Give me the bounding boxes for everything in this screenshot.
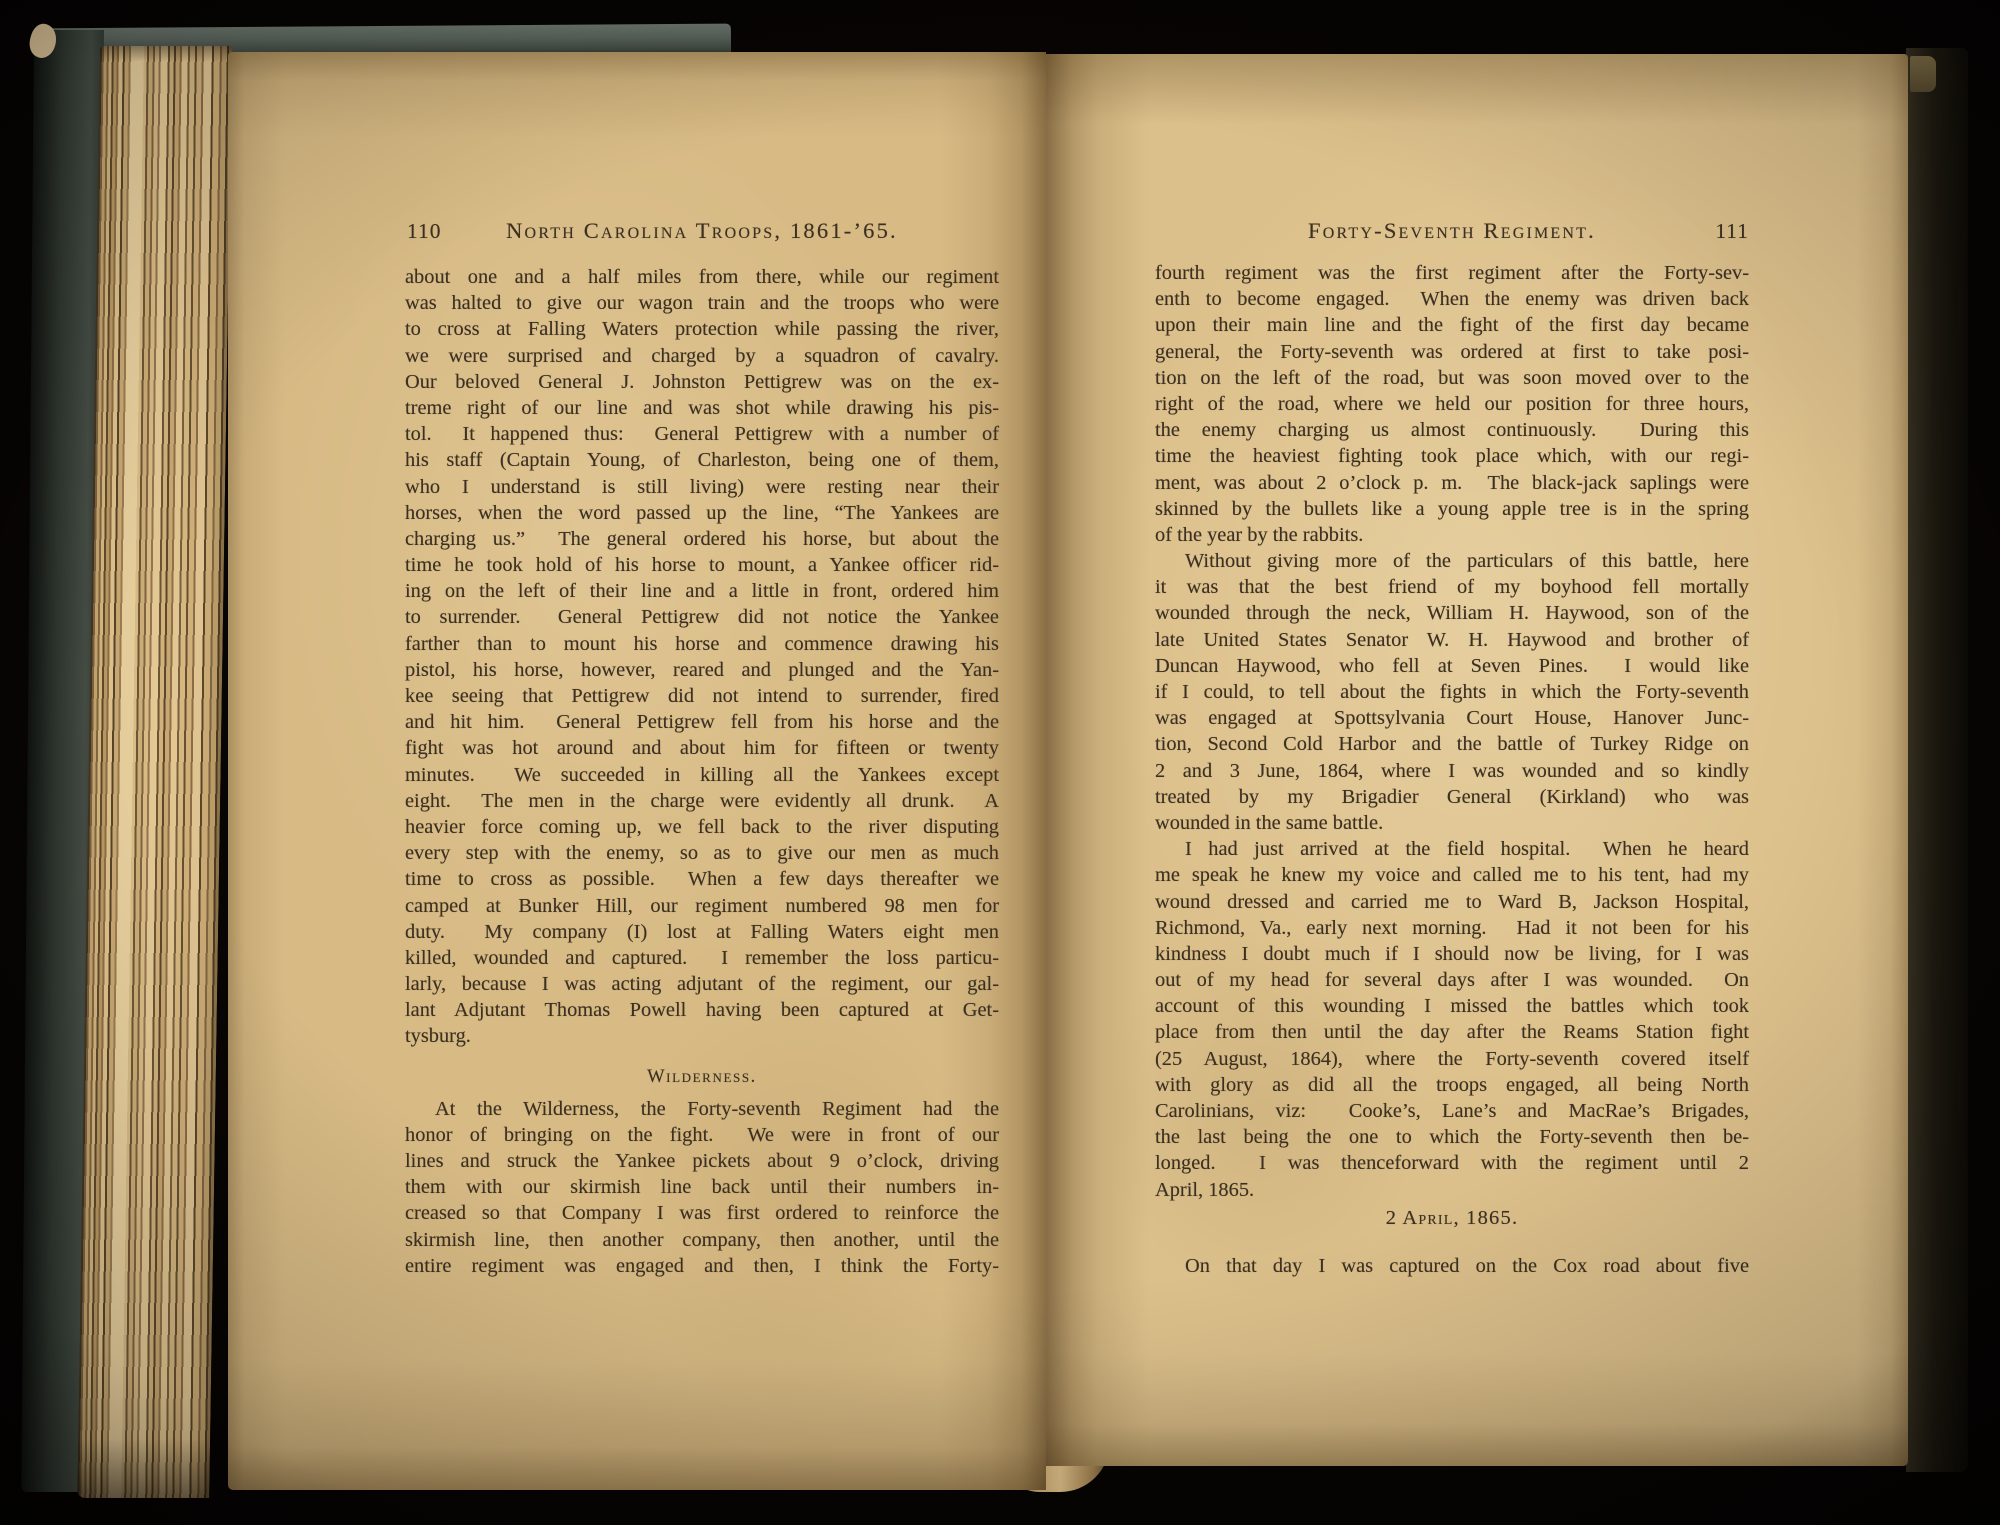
text-line: to cross at Falling Waters protection wh… bbox=[405, 316, 999, 342]
text-line: ing on the left of their line and a litt… bbox=[405, 578, 999, 604]
running-title-left: North Carolina Troops, 1861-’65. bbox=[405, 216, 999, 246]
right-page-text-column: Forty-Seventh Regiment. 111 fourth regim… bbox=[1155, 216, 1749, 1279]
text-line: I had just arrived at the field hospital… bbox=[1155, 836, 1749, 862]
text-line: heavier force coming up, we fell back to… bbox=[405, 814, 999, 840]
text-line: duty. My company (I) lost at Falling Wat… bbox=[405, 919, 999, 945]
text-line: late United States Senator W. H. Haywood… bbox=[1155, 627, 1749, 653]
text-line: the last being the one to which the Fort… bbox=[1155, 1124, 1749, 1150]
text-line: time to cross as possible. When a few da… bbox=[405, 866, 999, 892]
text-line: Carolinians, viz: Cooke’s, Lane’s and Ma… bbox=[1155, 1098, 1749, 1124]
text-line: general, the Forty-seventh was ordered a… bbox=[1155, 339, 1749, 365]
text-line: out of my head for several days after I … bbox=[1155, 967, 1749, 993]
text-line: right of the road, where we held our pos… bbox=[1155, 391, 1749, 417]
text-line: eight. The men in the charge were eviden… bbox=[405, 788, 999, 814]
text-line: Richmond, Va., early next morning. Had i… bbox=[1155, 915, 1749, 941]
text-line: larly, because I was acting adjutant of … bbox=[405, 971, 999, 997]
right-page: Forty-Seventh Regiment. 111 fourth regim… bbox=[1046, 54, 1908, 1466]
text-line: kee seeing that Pettigrew did not intend… bbox=[405, 683, 999, 709]
text-line: time he took hold of his horse to mount,… bbox=[405, 552, 999, 578]
paragraph: At the Wilderness, the Forty-seventh Reg… bbox=[405, 1096, 999, 1279]
text-line: longed. I was thenceforward with the reg… bbox=[1155, 1150, 1749, 1176]
running-title-right: Forty-Seventh Regiment. bbox=[1155, 216, 1749, 246]
text-line: me speak he knew my voice and called me … bbox=[1155, 862, 1749, 888]
left-page: 110 North Carolina Troops, 1861-’65. abo… bbox=[228, 52, 1046, 1490]
page-number-left: 110 bbox=[407, 216, 441, 246]
text-line: wounded through the neck, William H. Hay… bbox=[1155, 600, 1749, 626]
text-line: and hit him. General Pettigrew fell from… bbox=[405, 709, 999, 735]
text-line: pistol, his horse, however, reared and p… bbox=[405, 657, 999, 683]
text-line: if I could, to tell about the fights in … bbox=[1155, 679, 1749, 705]
text-line: upon their main line and the fight of th… bbox=[1155, 312, 1749, 338]
text-line: skirmish line, then another company, the… bbox=[405, 1227, 999, 1253]
text-line: Our beloved General J. Johnston Pettigre… bbox=[405, 369, 999, 395]
text-line: was halted to give our wagon train and t… bbox=[405, 290, 999, 316]
text-line: with glory as did all the troops engaged… bbox=[1155, 1072, 1749, 1098]
text-line: place from then until the day after the … bbox=[1155, 1019, 1749, 1045]
text-line: killed, wounded and captured. I remember… bbox=[405, 945, 999, 971]
paragraph: about one and a half miles from there, w… bbox=[405, 264, 999, 1050]
text-line: tol. It happened thus: General Pettigrew… bbox=[405, 421, 999, 447]
text-line: the enemy charging us almost continuousl… bbox=[1155, 417, 1749, 443]
text-line: farther than to mount his horse and comm… bbox=[405, 631, 999, 657]
text-line: camped at Bunker Hill, our regiment numb… bbox=[405, 893, 999, 919]
running-head-left: 110 North Carolina Troops, 1861-’65. bbox=[405, 216, 999, 246]
text-line: minutes. We succeeded in killing all the… bbox=[405, 762, 999, 788]
paragraph: On that day I was captured on the Cox ro… bbox=[1155, 1253, 1749, 1279]
text-line: lant Adjutant Thomas Powell having been … bbox=[405, 997, 999, 1023]
text-line: horses, when the word passed up the line… bbox=[405, 500, 999, 526]
text-line: tion, Second Cold Harbor and the battle … bbox=[1155, 731, 1749, 757]
text-line: Duncan Haywood, who fell at Seven Pines.… bbox=[1155, 653, 1749, 679]
text-line: about one and a half miles from there, w… bbox=[405, 264, 999, 290]
text-line: skinned by the bullets like a young appl… bbox=[1155, 496, 1749, 522]
text-line: his staff (Captain Young, of Charleston,… bbox=[405, 447, 999, 473]
section-heading-2-april-1865: 2 April, 1865. bbox=[1155, 1205, 1749, 1231]
book-cover-right-board bbox=[1906, 48, 1968, 1472]
text-line: was engaged at Spottsylvania Court House… bbox=[1155, 705, 1749, 731]
text-line: April, 1865. bbox=[1155, 1177, 1749, 1203]
page-number-right: 111 bbox=[1715, 216, 1749, 246]
book-photo: 110 North Carolina Troops, 1861-’65. abo… bbox=[0, 0, 2000, 1525]
text-line: tion on the left of the road, but was so… bbox=[1155, 365, 1749, 391]
text-line: wound dressed and carried me to Ward B, … bbox=[1155, 889, 1749, 915]
text-line: fourth regiment was the first regiment a… bbox=[1155, 260, 1749, 286]
text-line: to surrender. General Pettigrew did not … bbox=[405, 604, 999, 630]
text-line: On that day I was captured on the Cox ro… bbox=[1155, 1253, 1749, 1279]
text-line: ment, was about 2 o’clock p. m. The blac… bbox=[1155, 470, 1749, 496]
text-line: fight was hot around and about him for f… bbox=[405, 735, 999, 761]
text-line: Without giving more of the particulars o… bbox=[1155, 548, 1749, 574]
text-line: lines and struck the Yankee pickets abou… bbox=[405, 1148, 999, 1174]
page-edges-stack bbox=[77, 46, 232, 1498]
text-line: (25 August, 1864), where the Forty-seven… bbox=[1155, 1046, 1749, 1072]
left-page-body: about one and a half miles from there, w… bbox=[405, 264, 999, 1279]
running-head-right: Forty-Seventh Regiment. 111 bbox=[1155, 216, 1749, 246]
cover-corner-detail bbox=[1910, 56, 1936, 92]
text-line: treated by my Brigadier General (Kirklan… bbox=[1155, 784, 1749, 810]
right-page-body: fourth regiment was the first regiment a… bbox=[1155, 260, 1749, 1279]
section-heading-wilderness: Wilderness. bbox=[405, 1064, 999, 1090]
text-line: of the year by the rabbits. bbox=[1155, 522, 1749, 548]
text-line: time the heaviest fighting took place wh… bbox=[1155, 443, 1749, 469]
paragraph: I had just arrived at the field hospital… bbox=[1155, 836, 1749, 1203]
text-line: creased so that Company I was first orde… bbox=[405, 1200, 999, 1226]
text-line: At the Wilderness, the Forty-seventh Reg… bbox=[405, 1096, 999, 1122]
text-line: treme right of our line and was shot whi… bbox=[405, 395, 999, 421]
text-line: every step with the enemy, so as to give… bbox=[405, 840, 999, 866]
text-line: wounded in the same battle. bbox=[1155, 810, 1749, 836]
text-line: it was that the best friend of my boyhoo… bbox=[1155, 574, 1749, 600]
text-line: kindness I doubt much if I should now be… bbox=[1155, 941, 1749, 967]
paragraph: Without giving more of the particulars o… bbox=[1155, 548, 1749, 836]
text-line: entire regiment was engaged and then, I … bbox=[405, 1253, 999, 1279]
text-line: enth to become engaged. When the enemy w… bbox=[1155, 286, 1749, 312]
text-line: tysburg. bbox=[405, 1023, 999, 1049]
text-line: them with our skirmish line back until t… bbox=[405, 1174, 999, 1200]
text-line: honor of bringing on the fight. We were … bbox=[405, 1122, 999, 1148]
text-line: charging us.” The general ordered his ho… bbox=[405, 526, 999, 552]
paragraph: fourth regiment was the first regiment a… bbox=[1155, 260, 1749, 548]
text-line: we were surprised and charged by a squad… bbox=[405, 343, 999, 369]
text-line: account of this wounding I missed the ba… bbox=[1155, 993, 1749, 1019]
left-page-text-column: 110 North Carolina Troops, 1861-’65. abo… bbox=[405, 216, 999, 1279]
text-line: who I understand is still living) were r… bbox=[405, 474, 999, 500]
text-line: 2 and 3 June, 1864, where I was wounded … bbox=[1155, 758, 1749, 784]
